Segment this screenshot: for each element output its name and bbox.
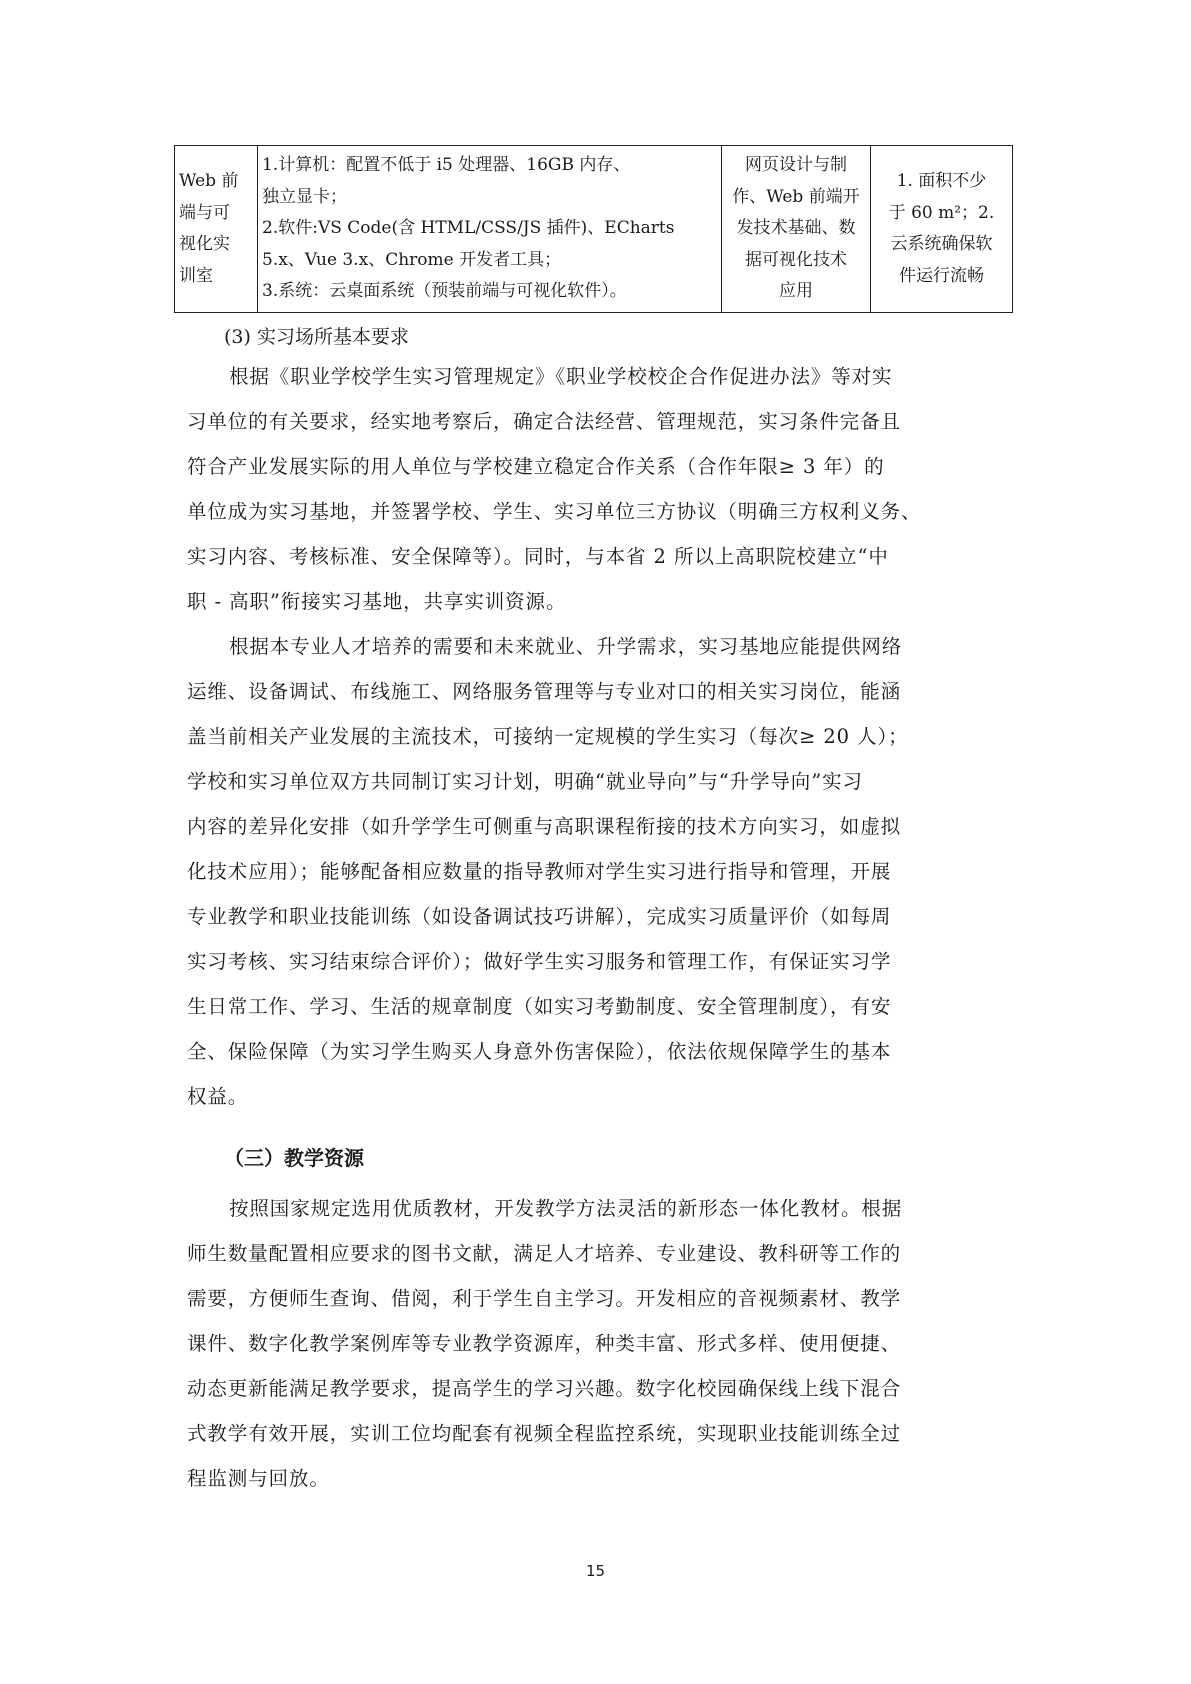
subsection-title: (3) 实习场所基本要求 bbox=[224, 322, 409, 352]
document-page: Web 前 端与可 视化实 训室 1.计算机：配置不低于 i5 处理器、16GB… bbox=[0, 0, 1191, 1684]
training-room-table: Web 前 端与可 视化实 训室 1.计算机：配置不低于 i5 处理器、16GB… bbox=[174, 145, 1013, 313]
room-name-cell: Web 前 端与可 视化实 训室 bbox=[175, 146, 258, 313]
paragraph-teaching-resources: 按照国家规定选用优质教材，开发教学方法灵活的新形态一体化教材。根据 师生数量配置… bbox=[187, 1186, 1015, 1501]
paragraph-internship-base: 根据《职业学校学生实习管理规定》《职业学校校企合作促进办法》等对实 习单位的有关… bbox=[187, 354, 1015, 624]
paragraph-internship-requirements: 根据本专业人才培养的需要和未来就业、升学需求，实习基地应能提供网络 运维、设备调… bbox=[187, 624, 1015, 1119]
course-cell: 网页设计与制 作、Web 前端开 发技术基础、数 据可视化技术 应用 bbox=[722, 146, 871, 313]
table-row: Web 前 端与可 视化实 训室 1.计算机：配置不低于 i5 处理器、16GB… bbox=[175, 146, 1013, 313]
equipment-cell: 1.计算机：配置不低于 i5 处理器、16GB 内存、 独立显卡； 2.软件:V… bbox=[258, 146, 722, 313]
page-number: 15 bbox=[0, 1562, 1191, 1580]
notes-cell: 1. 面积不少 于 60 m²；2. 云系统确保软 件运行流畅 bbox=[871, 146, 1013, 313]
section-heading: （三）教学资源 bbox=[224, 1143, 364, 1173]
